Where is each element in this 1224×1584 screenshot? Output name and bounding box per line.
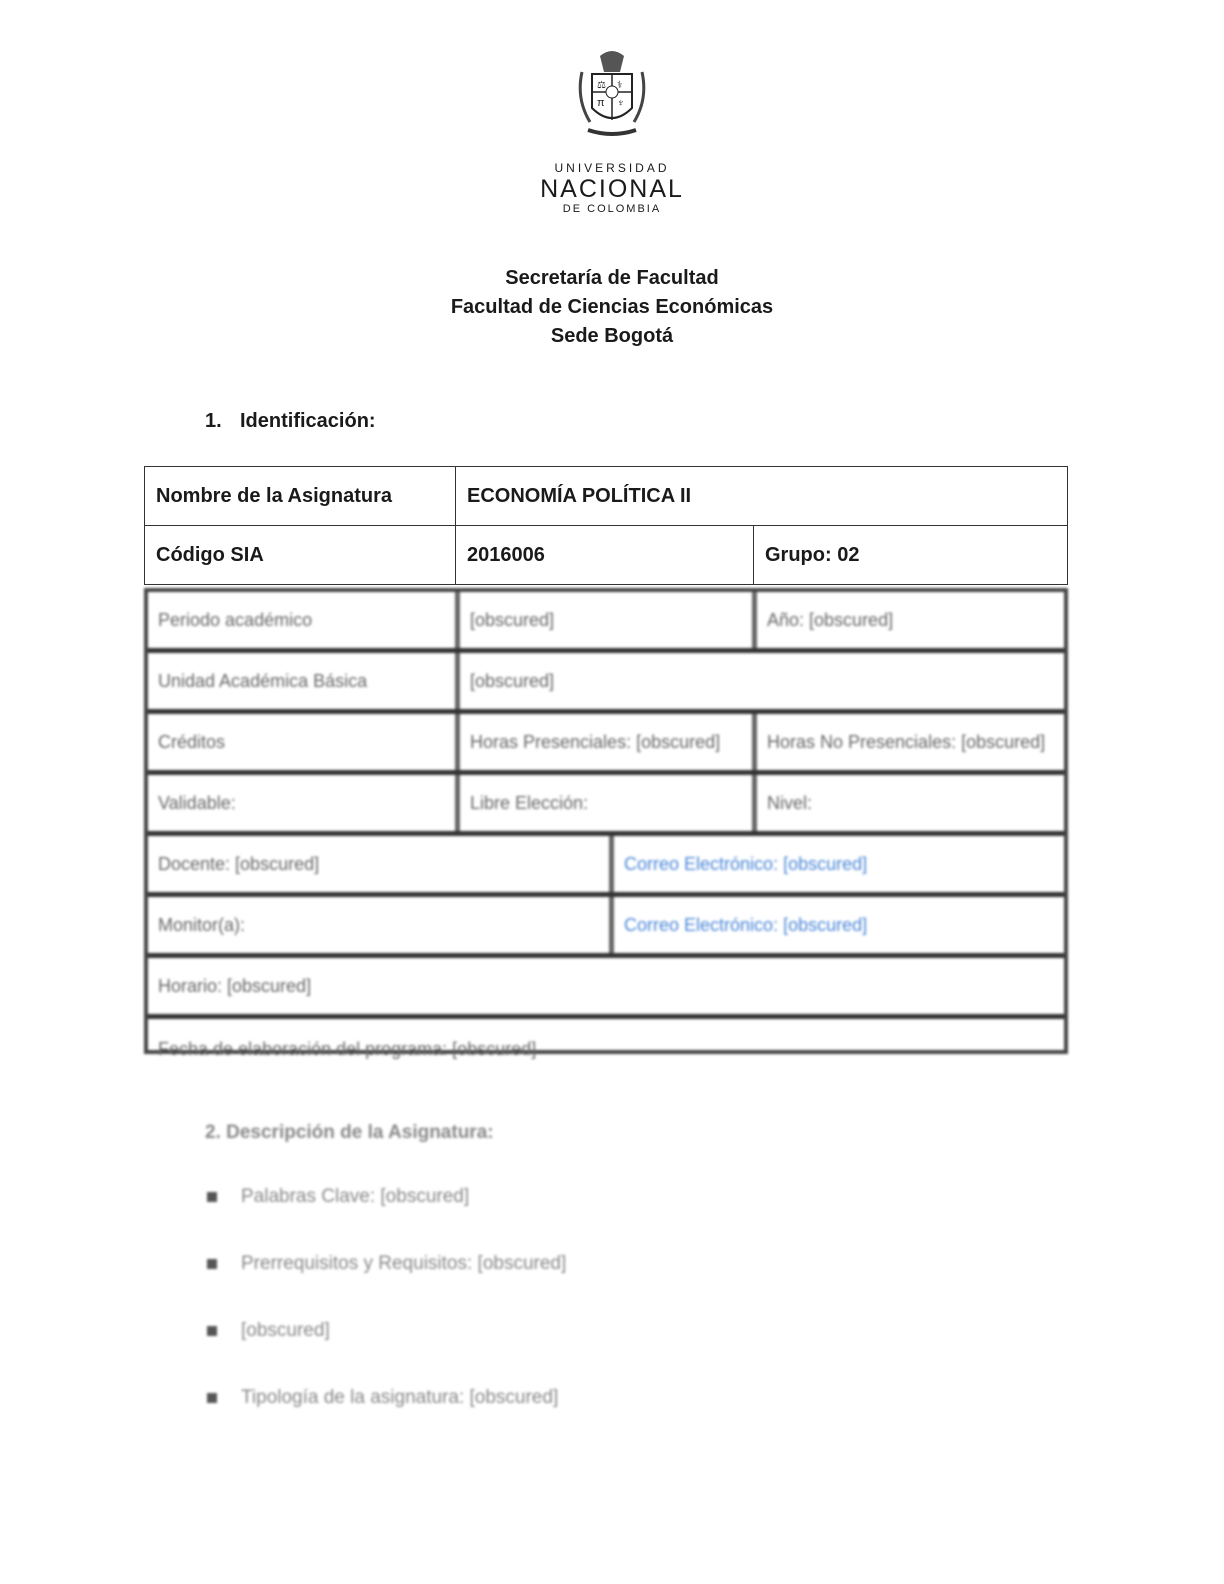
independent-hours: Horas No Presenciales: [obscured] [757,714,1055,770]
header-sede: Sede Bogotá [0,322,1224,351]
list-item: Tipología de la asignatura: [obscured] [205,1383,1050,1412]
bullet-square-icon [207,1326,217,1336]
instructor-email[interactable]: Correo Electrónico: [obscured] [614,836,877,892]
course-name-label: Nombre de la Asignatura [145,467,456,526]
sia-code-value: 2016006 [456,526,754,585]
period-value: [obscured] [460,592,757,648]
bullet-text: Palabras Clave: [obscured] [241,1182,469,1211]
bullet-square-icon [207,1192,217,1202]
section-number: 1. [205,410,240,433]
table-row: Horario: [obscured] [148,958,1064,1019]
bullet-text: [obscured] [241,1316,330,1345]
university-logo: ⚖ ⚕ π ♆ UNIVERSIDAD NACIONAL DE COLOMBIA [532,44,692,215]
table-row: Créditos Horas Presenciales: [obscured] … [148,714,1064,775]
header-secretaria: Secretaría de Facultad [0,264,1224,293]
table-row: Nombre de la Asignatura ECONOMÍA POLÍTIC… [145,467,1068,526]
section-title-text: Identificación: [240,410,376,432]
monitor-email[interactable]: Correo Electrónico: [obscured] [614,897,877,953]
instructor-field: Docente: [obscured] [148,836,614,892]
table-row: Fecha de elaboración del programa: [obsc… [148,1019,1064,1079]
academic-unit-label: Unidad Académica Básica [148,653,460,709]
bullet-text: Tipología de la asignatura: [obscured] [241,1383,558,1412]
redacted-table-region: Periodo académico [obscured] Año: [obscu… [144,588,1068,1054]
identification-table: Nombre de la Asignatura ECONOMÍA POLÍTIC… [144,466,1068,585]
course-name-value: ECONOMÍA POLÍTICA II [456,467,1068,526]
svg-text:♆: ♆ [617,98,625,109]
academic-unit-value: [obscured] [460,653,564,709]
university-name-line1: UNIVERSIDAD [532,161,692,175]
contact-hours: Horas Presenciales: [obscured] [460,714,757,770]
schedule-field: Horario: [obscured] [148,958,321,1014]
header-facultad: Facultad de Ciencias Económicas [0,293,1224,322]
section-1-title: 1.Identificación: [205,410,376,433]
university-name-line3: DE COLOMBIA [532,203,692,215]
program-dates: Fecha de elaboración del programa: [obsc… [148,1019,546,1079]
svg-text:⚖: ⚖ [597,80,606,91]
table-row: Unidad Académica Básica [obscured] [148,653,1064,714]
table-row: Monitor(a): Correo Electrónico: [obscure… [148,897,1064,958]
table-row: Validable: Libre Elección: Nivel: [148,775,1064,836]
free-elective-label: Libre Elección: [460,775,757,831]
list-item: Palabras Clave: [obscured] [205,1182,1050,1211]
year-value: Año: [obscured] [757,592,903,648]
list-item: Prerrequisitos y Requisitos: [obscured] [205,1249,1050,1278]
section-2-title: 2. Descripción de la Asignatura: [205,1122,1050,1144]
table-row: Periodo académico [obscured] Año: [obscu… [148,592,1064,653]
table-row: Docente: [obscured] Correo Electrónico: … [148,836,1064,897]
credits-label: Créditos [148,714,460,770]
validable-label: Validable: [148,775,460,831]
svg-text:π: π [597,97,605,109]
monitor-field: Monitor(a): [148,897,614,953]
sia-code-label: Código SIA [145,526,456,585]
level-label: Nivel: [757,775,822,831]
university-crest-icon: ⚖ ⚕ π ♆ [570,44,654,144]
document-header: Secretaría de Facultad Facultad de Cienc… [0,264,1224,351]
period-label: Periodo académico [148,592,460,648]
section-2: 2. Descripción de la Asignatura: Palabra… [205,1122,1050,1450]
group-value: Grupo: 02 [754,526,1068,585]
bullet-text: Prerrequisitos y Requisitos: [obscured] [241,1249,566,1278]
university-name-line2: NACIONAL [532,175,692,203]
bullet-square-icon [207,1259,217,1269]
list-item: [obscured] [205,1316,1050,1345]
table-row: Código SIA 2016006 Grupo: 02 [145,526,1068,585]
bullet-square-icon [207,1393,217,1403]
